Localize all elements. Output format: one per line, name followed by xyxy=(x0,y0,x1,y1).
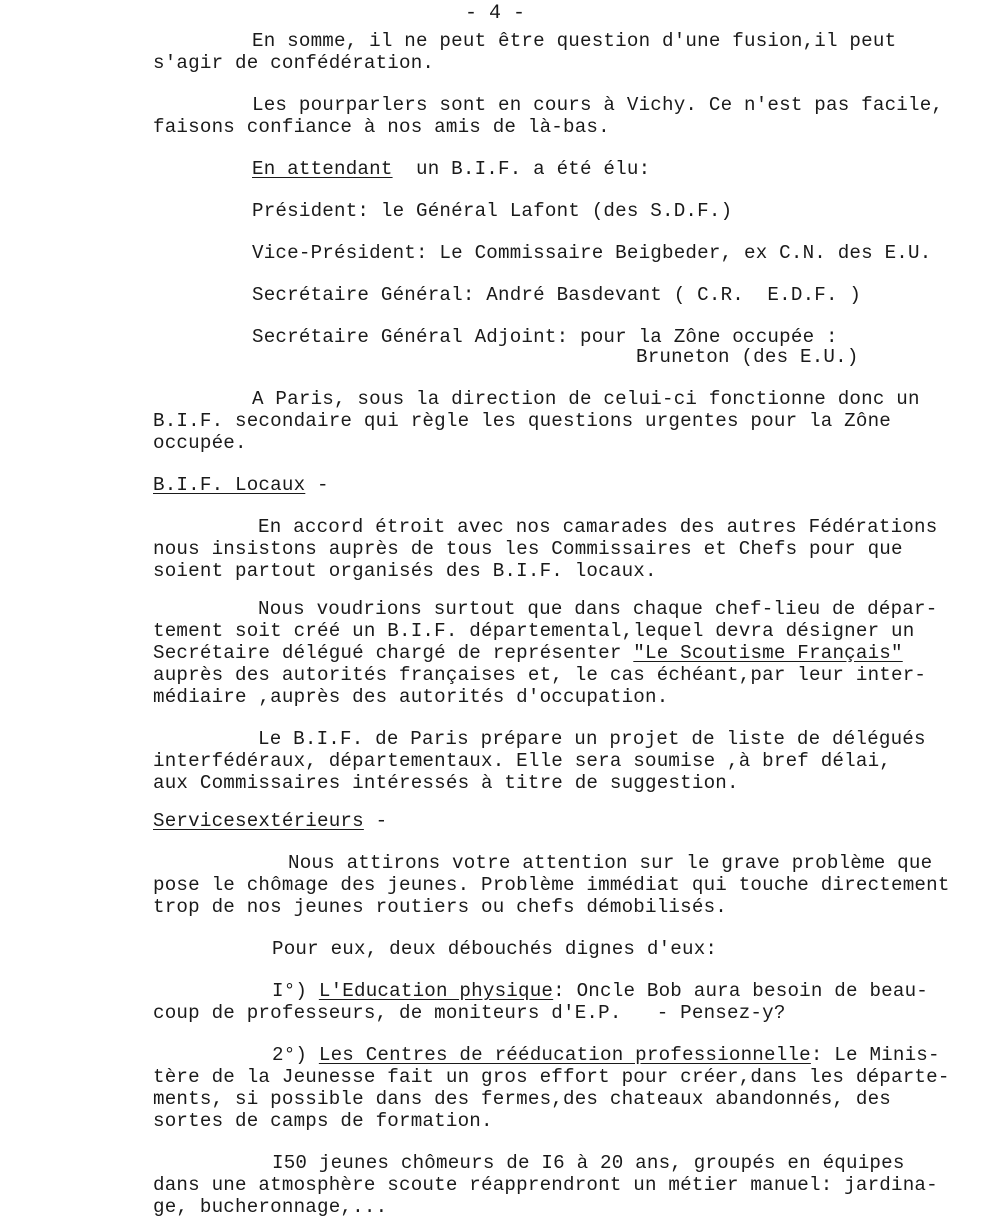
text-line: En somme, il ne peut être question d'une… xyxy=(252,30,896,52)
text-line: coup de professeurs, de moniteurs d'E.P.… xyxy=(153,1002,786,1024)
text-line: s'agir de confédération. xyxy=(153,52,434,74)
text-line: A Paris, sous la direction de celui-ci f… xyxy=(252,388,920,410)
text-line: sortes de camps de formation. xyxy=(153,1110,493,1132)
text-line: I°) L'Education physique: Oncle Bob aura… xyxy=(272,980,928,1002)
text-line: Servicesextérieurs - xyxy=(153,810,387,832)
text-line: médiaire ,auprès des autorités d'occupat… xyxy=(153,686,668,708)
text-line: occupée. xyxy=(153,432,247,454)
text-line: Bruneton (des E.U.) xyxy=(636,346,859,368)
text-line: Secrétaire Général: André Basdevant ( C.… xyxy=(252,284,861,306)
text-line: dans une atmosphère scoute réapprendront… xyxy=(153,1174,938,1196)
text-line: tère de la Jeunesse fait un gros effort … xyxy=(153,1066,950,1088)
section-heading: Servicesextérieurs xyxy=(153,810,364,832)
text-line: soient partout organisés des B.I.F. loca… xyxy=(153,560,657,582)
section-heading: B.I.F. Locaux xyxy=(153,474,305,496)
document-page: - 4 - En somme, il ne peut être question… xyxy=(0,0,991,1217)
section-heading: En attendant xyxy=(252,158,393,180)
text-line: Nous voudrions surtout que dans chaque c… xyxy=(258,598,937,620)
text-line: 2°) Les Centres de rééducation professio… xyxy=(272,1044,940,1066)
text-line: ge, bucheronnage,... xyxy=(153,1196,387,1217)
text-line: tement soit créé un B.I.F. départemental… xyxy=(153,620,914,642)
text-line: Secrétaire Général Adjoint: pour la Zône… xyxy=(252,326,838,348)
text-line: interfédéraux, départementaux. Elle sera… xyxy=(153,750,891,772)
text-line: B.I.F. secondaire qui règle les question… xyxy=(153,410,891,432)
text-line: Le B.I.F. de Paris prépare un projet de … xyxy=(258,728,926,750)
text-line: ments, si possible dans des fermes,des c… xyxy=(153,1088,891,1110)
text-line: faisons confiance à nos amis de là-bas. xyxy=(153,116,610,138)
text-line: aux Commissaires intéressés à titre de s… xyxy=(153,772,739,794)
text-line: Pour eux, deux débouchés dignes d'eux: xyxy=(272,938,717,960)
text-line: Secrétaire délégué chargé de représenter… xyxy=(153,642,903,664)
text-line: Président: le Général Lafont (des S.D.F.… xyxy=(252,200,732,222)
text-line: Nous attirons votre attention sur le gra… xyxy=(288,852,932,874)
page-number: - 4 - xyxy=(465,2,525,25)
text-line: trop de nos jeunes routiers ou chefs dém… xyxy=(153,896,727,918)
text-line: nous insistons auprès de tous les Commis… xyxy=(153,538,903,560)
text-line: B.I.F. Locaux - xyxy=(153,474,329,496)
text-line: I50 jeunes chômeurs de I6 à 20 ans, grou… xyxy=(272,1152,905,1174)
text-line: Les pourparlers sont en cours à Vichy. C… xyxy=(252,94,943,116)
text-line: Vice-Président: Le Commissaire Beigbeder… xyxy=(252,242,931,264)
text-line: En attendant un B.I.F. a été élu: xyxy=(252,158,650,180)
text-line: pose le chômage des jeunes. Problème imm… xyxy=(153,874,950,896)
text-line: En accord étroit avec nos camarades des … xyxy=(258,516,937,538)
text-line: auprès des autorités françaises et, le c… xyxy=(153,664,926,686)
